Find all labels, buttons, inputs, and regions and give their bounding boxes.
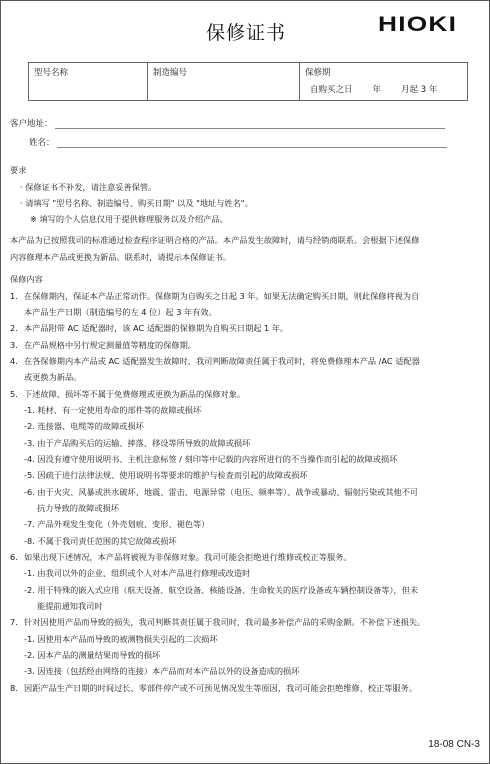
customer-name-label: 姓名： [29, 136, 55, 148]
warranty-item-5: 5.下述故障、损坏等不属于免费修理或更换为新品的保修对象。 [10, 388, 245, 400]
warranty-subitem-cont: 能提前通知我司时 [37, 600, 103, 612]
customer-name-row: 姓名： [29, 136, 447, 148]
warranty-subitem: -8. 不属于我司责任范围的其它故障或损坏 [24, 535, 177, 547]
warranty-certificate-page: 保修证书 HIOKI 型号名称 制造编号 保修期 自购买之日 年 月起 3 年 … [0, 0, 490, 764]
serial-number-cell[interactable]: 制造编号 [148, 63, 300, 100]
hioki-logo: HIOKI [378, 13, 457, 37]
warranty-subitem: -1. 由我司以外的企业、组织或个人对本产品进行修理或改造时 [24, 567, 250, 579]
warranty-subitem: -2. 因本产品的测量结果而导致的损坏 [24, 649, 160, 661]
warranty-subitem: -2. 连接器、电缆等的故障或损坏 [24, 420, 144, 432]
document-code: 18-08 CN-3 [428, 739, 480, 750]
warranty-period-cell[interactable]: 保修期 自购买之日 年 月起 3 年 [300, 63, 467, 100]
warranty-item-1: 1.在保修期内，保证本产品正常动作。保修期为自购买之日起 3 年。如果无法确定购… [10, 290, 419, 302]
warranty-item-2: 2.本产品附带 AC 适配器时，该 AC 适配器的保修期为自购买日期起 1 年。 [10, 322, 288, 334]
warranty-subitem: -4. 因没有遵守使用说明书、主机注意标签 / 刻印等中记载的内容所进行的不当操… [24, 453, 397, 465]
warranty-subitem: -3. 因连接（包括经由网络的连接）本产品而对本产品以外的设备造成的损坏 [24, 665, 299, 677]
serial-number-label: 制造编号 [153, 68, 187, 78]
warranty-subitem: -1. 因使用本产品而导致的被测物损失引起的二次损坏 [24, 633, 218, 645]
intro-line: 本产品为已按照我司的标准通过检查程序证明合格的产品。本产品发生故障时，请与经销商… [10, 234, 419, 246]
warranty-subitem-cont: 抗力导致的故障或损坏 [37, 502, 119, 514]
warranty-subitem: -6. 由于火灾、风暴或洪水破坏、地震、雷击、电源异常（电压、频率等）、战争或暴… [24, 486, 418, 498]
year-label: 年 [373, 83, 382, 95]
warranty-subitem: -1. 耗材、有一定使用寿命的部件等的故障或损坏 [24, 404, 201, 416]
warranty-item-4: 4.在各保修期内本产品或 AC 适配器发生故障时，我司判断故障责任属于我司时，将… [10, 355, 420, 367]
requirements-heading: 要求 [10, 164, 26, 176]
customer-address-label: 客户地址： [10, 117, 53, 129]
warranty-subitem: -7. 产品外观发生变化（外壳划痕、变形、褪色等） [24, 518, 209, 530]
warranty-subitem: -3. 由于产品购买后的运输、摔落、移设等所导致的故障或损坏 [24, 437, 250, 449]
warranty-subitem: -5. 因疏于进行法律法规、使用说明书等要求的维护与检查而引起的故障或损坏 [24, 469, 308, 481]
intro-line: 内容修理本产品或更换为新品。联系时，请提示本保修证书。 [10, 251, 231, 263]
model-name-label: 型号名称 [34, 68, 68, 78]
warranty-item-6: 6.如果出现下述情况，本产品将被视为非保修对象。我司可能会拒绝进行维修或校正等服… [10, 551, 352, 563]
warranty-subitem: -2. 用于特殊的嵌入式应用（航天设备、航空设备、核能设备、生命攸关的医疗设备或… [24, 584, 418, 596]
warranty-item-8: 8.因距产品生产日期的时间过长、零部件停产或不可预见情况发生等原因，我司可能会拒… [10, 682, 417, 694]
warranty-from-label: 自购买之日 [310, 83, 353, 95]
warranty-content-heading: 保修内容 [10, 273, 43, 285]
warranty-item-1-cont: 本产品生产日期（制造编号的左 4 位）起 3 年有效。 [24, 306, 217, 318]
requirement-item: · 保修证书不补发，请注意妥善保管。 [20, 181, 156, 193]
warranty-item-4-cont: 或更换为新品。 [24, 371, 81, 383]
customer-name-field[interactable] [57, 146, 447, 148]
customer-address-field[interactable] [55, 127, 445, 129]
customer-address-row: 客户地址： [10, 117, 445, 129]
month-label: 月起 3 年 [401, 83, 437, 95]
warranty-item-3: 3.在产品规格中另行规定测量值等精度的保修期。 [10, 339, 196, 351]
requirement-note: ※ 填写的个人信息仅用于提供修理服务以及介绍产品。 [30, 213, 228, 225]
warranty-period-label: 保修期 [305, 66, 462, 78]
requirement-item: · 请填写 "型号名称、制造编号、购买日期" 以及 "地址与姓名"。 [20, 197, 253, 209]
model-name-cell[interactable]: 型号名称 [29, 63, 148, 100]
product-info-table: 型号名称 制造编号 保修期 自购买之日 年 月起 3 年 [28, 62, 468, 101]
warranty-item-7: 7.针对因使用产品而导致的损失，我司判断其责任属于我司时，我司最多补偿产品的采购… [10, 616, 425, 628]
